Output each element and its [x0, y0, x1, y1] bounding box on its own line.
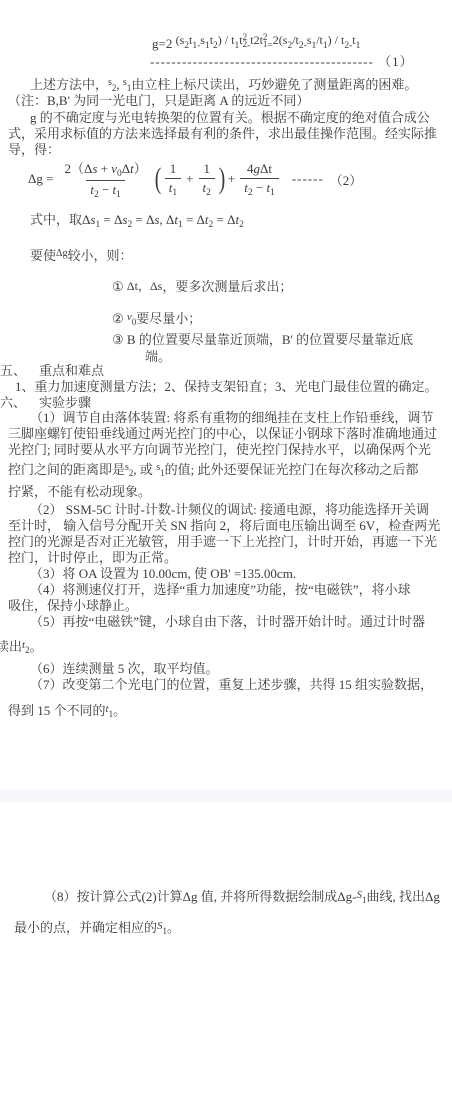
formula-1-line: g=2 (s2t1-s1t2) / t1t22-t2t21=2(s2/t2-s1…: [152, 32, 360, 54]
formula-2-fraction-1: 2（Δs + v0Δt） t2 − t1: [60, 158, 150, 200]
step-4-line-1: （4）将测速仪打开，选择“重力加速度”功能，按“电磁铁”，将小球: [30, 582, 411, 598]
para-uncertainty-line-1: g 的不确定度与光电转换架的位置有关。根据不确定度的绝对值合成公: [30, 110, 430, 126]
step-1-line-1: （1）调节自由落体装置: 将系有重物的细绳挂在支柱上作铅垂线，调节: [30, 410, 433, 426]
para-uncertainty-line-3: 导，得：: [8, 142, 60, 158]
formula-2: Δg = 2（Δs + v0Δt） t2 − t1 ( 1 t1 + 1 t2 …: [28, 158, 362, 200]
formula-1-number: （1）: [378, 54, 414, 69]
step-5-line-1: （5）再按“电磁铁”键，小球自由下落，计时器开始计时。通过计时器: [30, 614, 425, 630]
fraction-numerator: 1: [166, 161, 181, 178]
formula-2-fraction-inner-a: 1 t1: [165, 161, 181, 198]
formula-2-number: （2）: [330, 170, 363, 189]
step-8-line-2: 最小的点，并确定相应的S1。: [14, 918, 180, 939]
step-2-line-2: 至计时， 输入信号分配开关 SN 指向 2，将后面电压输出调至 6V，检查两光: [8, 518, 440, 534]
step-4-line-2: 吸住，保持小球静止。: [8, 598, 138, 614]
document-page: { "page": { "colors": { "text": "#3b3b3b…: [0, 0, 452, 1119]
fraction-denominator: t2 − t1: [240, 178, 279, 198]
para-note: （注：B,B' 为同一光电门，只是距离 A 的远近不同）: [8, 93, 309, 109]
list-item-3-line-2: 端。: [145, 349, 171, 365]
list-item-2: ② v0要尽量小；: [112, 309, 201, 330]
section-5-title: 重点和难点: [39, 363, 104, 378]
step-6: （6）连续测量 5 次，取平均值。: [30, 661, 219, 677]
section-6-heading: 六、实验步骤: [0, 395, 91, 411]
step-7-line-1: （7）改变第二个光电门的位置，重复上述步骤，共得 15 组实验数据，: [30, 677, 433, 693]
formula-2-dashes: ------: [292, 171, 324, 187]
section-6-number: 六、: [0, 395, 26, 410]
step-2-line-4: 控门，计时停止，即为正常。: [8, 550, 177, 566]
divider-band: [0, 790, 452, 803]
step-8-line-1: （8）按计算公式(2)计算Δg 值, 并将所得数据绘制成Δg-S1曲线, 找出Δ…: [44, 887, 440, 908]
formula-1-dash-line: ----------------------------------------…: [150, 54, 414, 70]
para-shizhong: 式中，取Δs1 = Δs2 = Δs, Δt1 = Δt2 = Δt2: [30, 212, 244, 233]
formula-2-lhs: Δg =: [28, 171, 53, 187]
left-paren: (: [155, 164, 162, 194]
step-1-line-3: 光控门; 同时要从水平方向调节光控门，使光控门保持水平，以确保两个光: [8, 442, 431, 458]
step-2-line-1: （2） SSM-5C 计时-计数-计频仪的调试: 接通电源，将功能选择开关调: [30, 502, 429, 518]
fraction-denominator: t1: [165, 178, 181, 198]
fraction-numerator: 1: [199, 161, 214, 178]
step-7-line-2: 得到 15 个不同的t1。: [8, 701, 126, 722]
step-1-line-5: 拧紧，不能有松动现象。: [8, 484, 151, 500]
section-5-heading: 五、重点和难点: [0, 363, 104, 379]
fraction-numerator: 2（Δs + v0Δt）: [60, 158, 150, 180]
list-item-3-line-1: ③ B 的位置要尽量靠近顶端，B' 的位置要尽量靠近底: [112, 332, 413, 348]
plus-sign: +: [186, 171, 193, 187]
section-5-number: 五、: [0, 363, 26, 378]
formula-2-fraction-inner-b: 1 t2: [199, 161, 215, 198]
fraction-denominator: t2: [199, 178, 215, 198]
formula-1-dashes: ----------------------------------------…: [150, 54, 374, 69]
step-2-line-3: 控门的光源是否对正光敏管，用手遮一下上光控门，计时开始，再遮一下光: [8, 534, 437, 550]
step-5-line-2: 读出t2。: [0, 637, 43, 658]
list-item-1: ① Δt，Δs，要多次测量后求出；: [112, 278, 292, 295]
para-yaoshi: 要使Δg较小，则：: [30, 246, 132, 264]
right-paren: ): [219, 164, 226, 194]
step-3: （3）将 OA 设置为 10.00cm, 使 OB' =135.00cm.: [30, 566, 296, 582]
section-6-title: 实验步骤: [39, 395, 91, 410]
step-1-line-4: 控门之间的距离即是s2, 或 s1的值; 此外还要保证光控门在每次移动之后都: [8, 460, 418, 481]
fraction-numerator: 4gΔt: [243, 161, 276, 178]
plus-sign: +: [228, 171, 235, 187]
para-uncertainty-line-2: 式，采用求标值的方法来选择最有利的条件，求出最佳操作范围。经实际推: [8, 126, 437, 142]
fraction-denominator: t2 − t1: [86, 180, 125, 200]
step-1-line-2: 三脚座螺钉使铅垂线通过两光控门的中心，以保证小钢球下落时准确地通过: [8, 426, 437, 442]
formula-2-fraction-2: 4gΔt t2 − t1: [240, 161, 279, 198]
section-5-content: 1、重力加速度测量方法；2、保持支架铅直；3、光电门最佳位置的确定。: [15, 379, 438, 395]
